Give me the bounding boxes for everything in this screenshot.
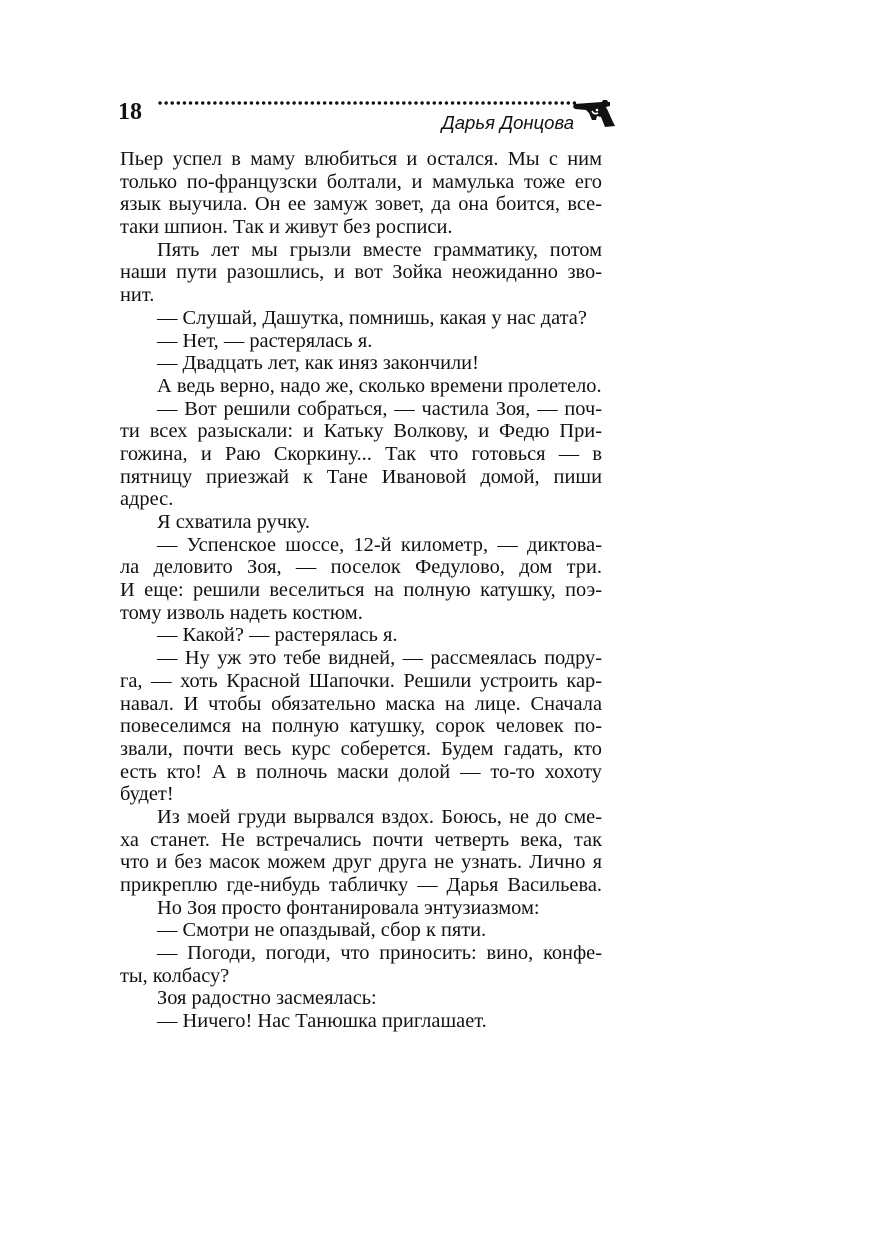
- text-line: тому изволь надеть костюм.: [120, 602, 602, 625]
- dotted-rule: [157, 96, 577, 110]
- text-line: только по-французски болтали, и мамулька…: [120, 171, 602, 194]
- text-line: — Двадцать лет, как иняз закончили!: [120, 352, 602, 375]
- text-line: Из моей груди вырвался вздох. Боюсь, не …: [120, 806, 602, 829]
- text-line: нит.: [120, 284, 602, 307]
- text-line: — Ничего! Нас Танюшка приглашает.: [120, 1010, 602, 1033]
- text-line: ты, колбасу?: [120, 965, 602, 988]
- text-line: — Слушай, Дашутка, помнишь, какая у нас …: [120, 307, 602, 330]
- text-line: навал. И чтобы обязательно маска на лице…: [120, 693, 602, 716]
- text-line: А ведь верно, надо же, сколько времени п…: [120, 375, 602, 398]
- text-line: звали, почти весь курс соберется. Будем …: [120, 738, 602, 761]
- text-line: Но Зоя просто фонтанировала энтузиазмом:: [120, 897, 602, 920]
- page-body-text: Пьер успел в маму влюбиться и остался. М…: [120, 148, 602, 1033]
- text-line: Пять лет мы грызли вместе грамматику, по…: [120, 239, 602, 262]
- text-line: язык выучила. Он ее замуж зовет, да она …: [120, 193, 602, 216]
- text-line: — Ну уж это тебе видней, — рассмеялась п…: [120, 647, 602, 670]
- text-line: Я схватила ручку.: [120, 511, 602, 534]
- text-line: прикреплю где-нибудь табличку — Дарья Ва…: [120, 874, 602, 897]
- revolver-icon: [572, 98, 616, 128]
- text-line: повеселимся на полную катушку, сорок чел…: [120, 715, 602, 738]
- text-line: — Погоди, погоди, что приносить: вино, к…: [120, 942, 602, 965]
- author-name: Дарья Донцова: [438, 112, 574, 134]
- text-line: — Смотри не опаздывай, сбор к пяти.: [120, 919, 602, 942]
- text-line: ти всех разыскали: и Катьку Волкову, и Ф…: [120, 420, 602, 443]
- text-line: адрес.: [120, 488, 602, 511]
- text-line: Зоя радостно засмеялась:: [120, 987, 602, 1010]
- text-line: гожина, и Раю Скоркину... Так что готовь…: [120, 443, 602, 466]
- text-line: ла деловито Зоя, — поселок Федулово, дом…: [120, 556, 602, 579]
- text-line: что и без масок можем друг друга не узна…: [120, 851, 602, 874]
- text-line: га, — хоть Красной Шапочки. Решили устро…: [120, 670, 602, 693]
- text-line: — Нет, — растерялась я.: [120, 330, 602, 353]
- text-line: есть кто! А в полночь маски долой — то-т…: [120, 761, 602, 784]
- text-line: пятницу приезжай к Тане Ивановой домой, …: [120, 466, 602, 489]
- page-number: 18: [118, 98, 142, 126]
- text-line: — Какой? — растерялась я.: [120, 624, 602, 647]
- text-line: Пьер успел в маму влюбиться и остался. М…: [120, 148, 602, 171]
- text-line: И еще: решили веселиться на полную катуш…: [120, 579, 602, 602]
- text-line: — Успенское шоссе, 12-й километр, — дикт…: [120, 534, 602, 557]
- text-line: таки шпион. Так и живут без росписи.: [120, 216, 602, 239]
- text-line: наши пути разошлись, и вот Зойка неожида…: [120, 261, 602, 284]
- text-line: будет!: [120, 783, 602, 806]
- text-line: ха станет. Не встречались почти четверть…: [120, 829, 602, 852]
- text-line: — Вот решили собраться, — частила Зоя, —…: [120, 398, 602, 421]
